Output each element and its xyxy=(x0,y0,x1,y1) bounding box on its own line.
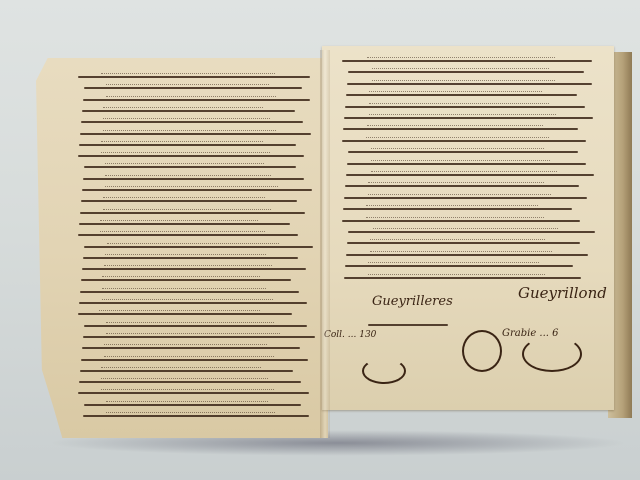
signature-left: Gueyrilleres xyxy=(372,294,453,309)
signature-underline xyxy=(368,324,448,326)
signature-right: Gueyrillond xyxy=(518,284,607,302)
handwritten-line xyxy=(344,277,581,279)
handwritten-line xyxy=(78,76,310,78)
handwritten-line xyxy=(348,151,578,153)
handwritten-line xyxy=(342,140,586,142)
handwritten-line xyxy=(346,174,594,176)
handwritten-line xyxy=(346,94,577,96)
handwritten-line xyxy=(84,87,302,89)
handwritten-line xyxy=(78,234,298,236)
paraph-flourish xyxy=(362,358,406,384)
handwritten-line xyxy=(345,106,585,108)
handwritten-line xyxy=(347,83,592,85)
handwritten-line xyxy=(84,246,313,248)
handwritten-line xyxy=(344,197,587,199)
handwritten-line xyxy=(347,163,586,165)
handwritten-line xyxy=(78,155,304,157)
handwritten-line xyxy=(83,415,309,417)
handwritten-line xyxy=(81,200,297,202)
handwritten-line xyxy=(82,189,312,191)
handwritten-line xyxy=(78,313,292,315)
marginal-note: Coll. ... 130 xyxy=(324,330,376,340)
handwritten-line xyxy=(343,208,572,210)
handwritten-line xyxy=(78,392,309,394)
right-page: Gueyrilleres Gueyrillond Coll. ... 130 G… xyxy=(322,46,614,410)
handwritten-line xyxy=(80,212,305,214)
handwritten-line xyxy=(82,347,300,349)
handwritten-line xyxy=(81,359,308,361)
paraph-flourish xyxy=(462,330,502,372)
handwritten-line xyxy=(348,231,595,233)
book-gutter xyxy=(320,50,330,438)
handwritten-line xyxy=(82,110,295,112)
handwritten-line xyxy=(83,257,298,259)
handwritten-line xyxy=(81,121,303,123)
paraph-flourish xyxy=(522,336,582,372)
handwritten-line xyxy=(79,302,307,304)
handwritten-line xyxy=(82,268,306,270)
handwritten-line xyxy=(346,254,588,256)
handwritten-line xyxy=(80,291,299,293)
handwritten-line xyxy=(79,381,301,383)
handwritten-line xyxy=(83,336,315,338)
handwritten-line xyxy=(348,71,584,73)
handwritten-line xyxy=(81,279,291,281)
left-page xyxy=(36,58,328,438)
handwritten-line xyxy=(84,166,296,168)
handwritten-line xyxy=(80,370,293,372)
handwritten-line xyxy=(342,220,580,222)
handwritten-line xyxy=(84,325,307,327)
handwritten-line xyxy=(347,242,580,244)
handwritten-line xyxy=(345,265,573,267)
handwritten-line xyxy=(80,133,311,135)
handwritten-line xyxy=(83,99,310,101)
handwritten-line xyxy=(344,117,593,119)
handwritten-line xyxy=(79,144,296,146)
handwritten-line xyxy=(83,178,304,180)
handwritten-line xyxy=(84,404,301,406)
handwritten-line xyxy=(343,128,578,130)
handwritten-line xyxy=(345,185,579,187)
handwritten-line xyxy=(342,60,592,62)
handwritten-line xyxy=(79,223,290,225)
